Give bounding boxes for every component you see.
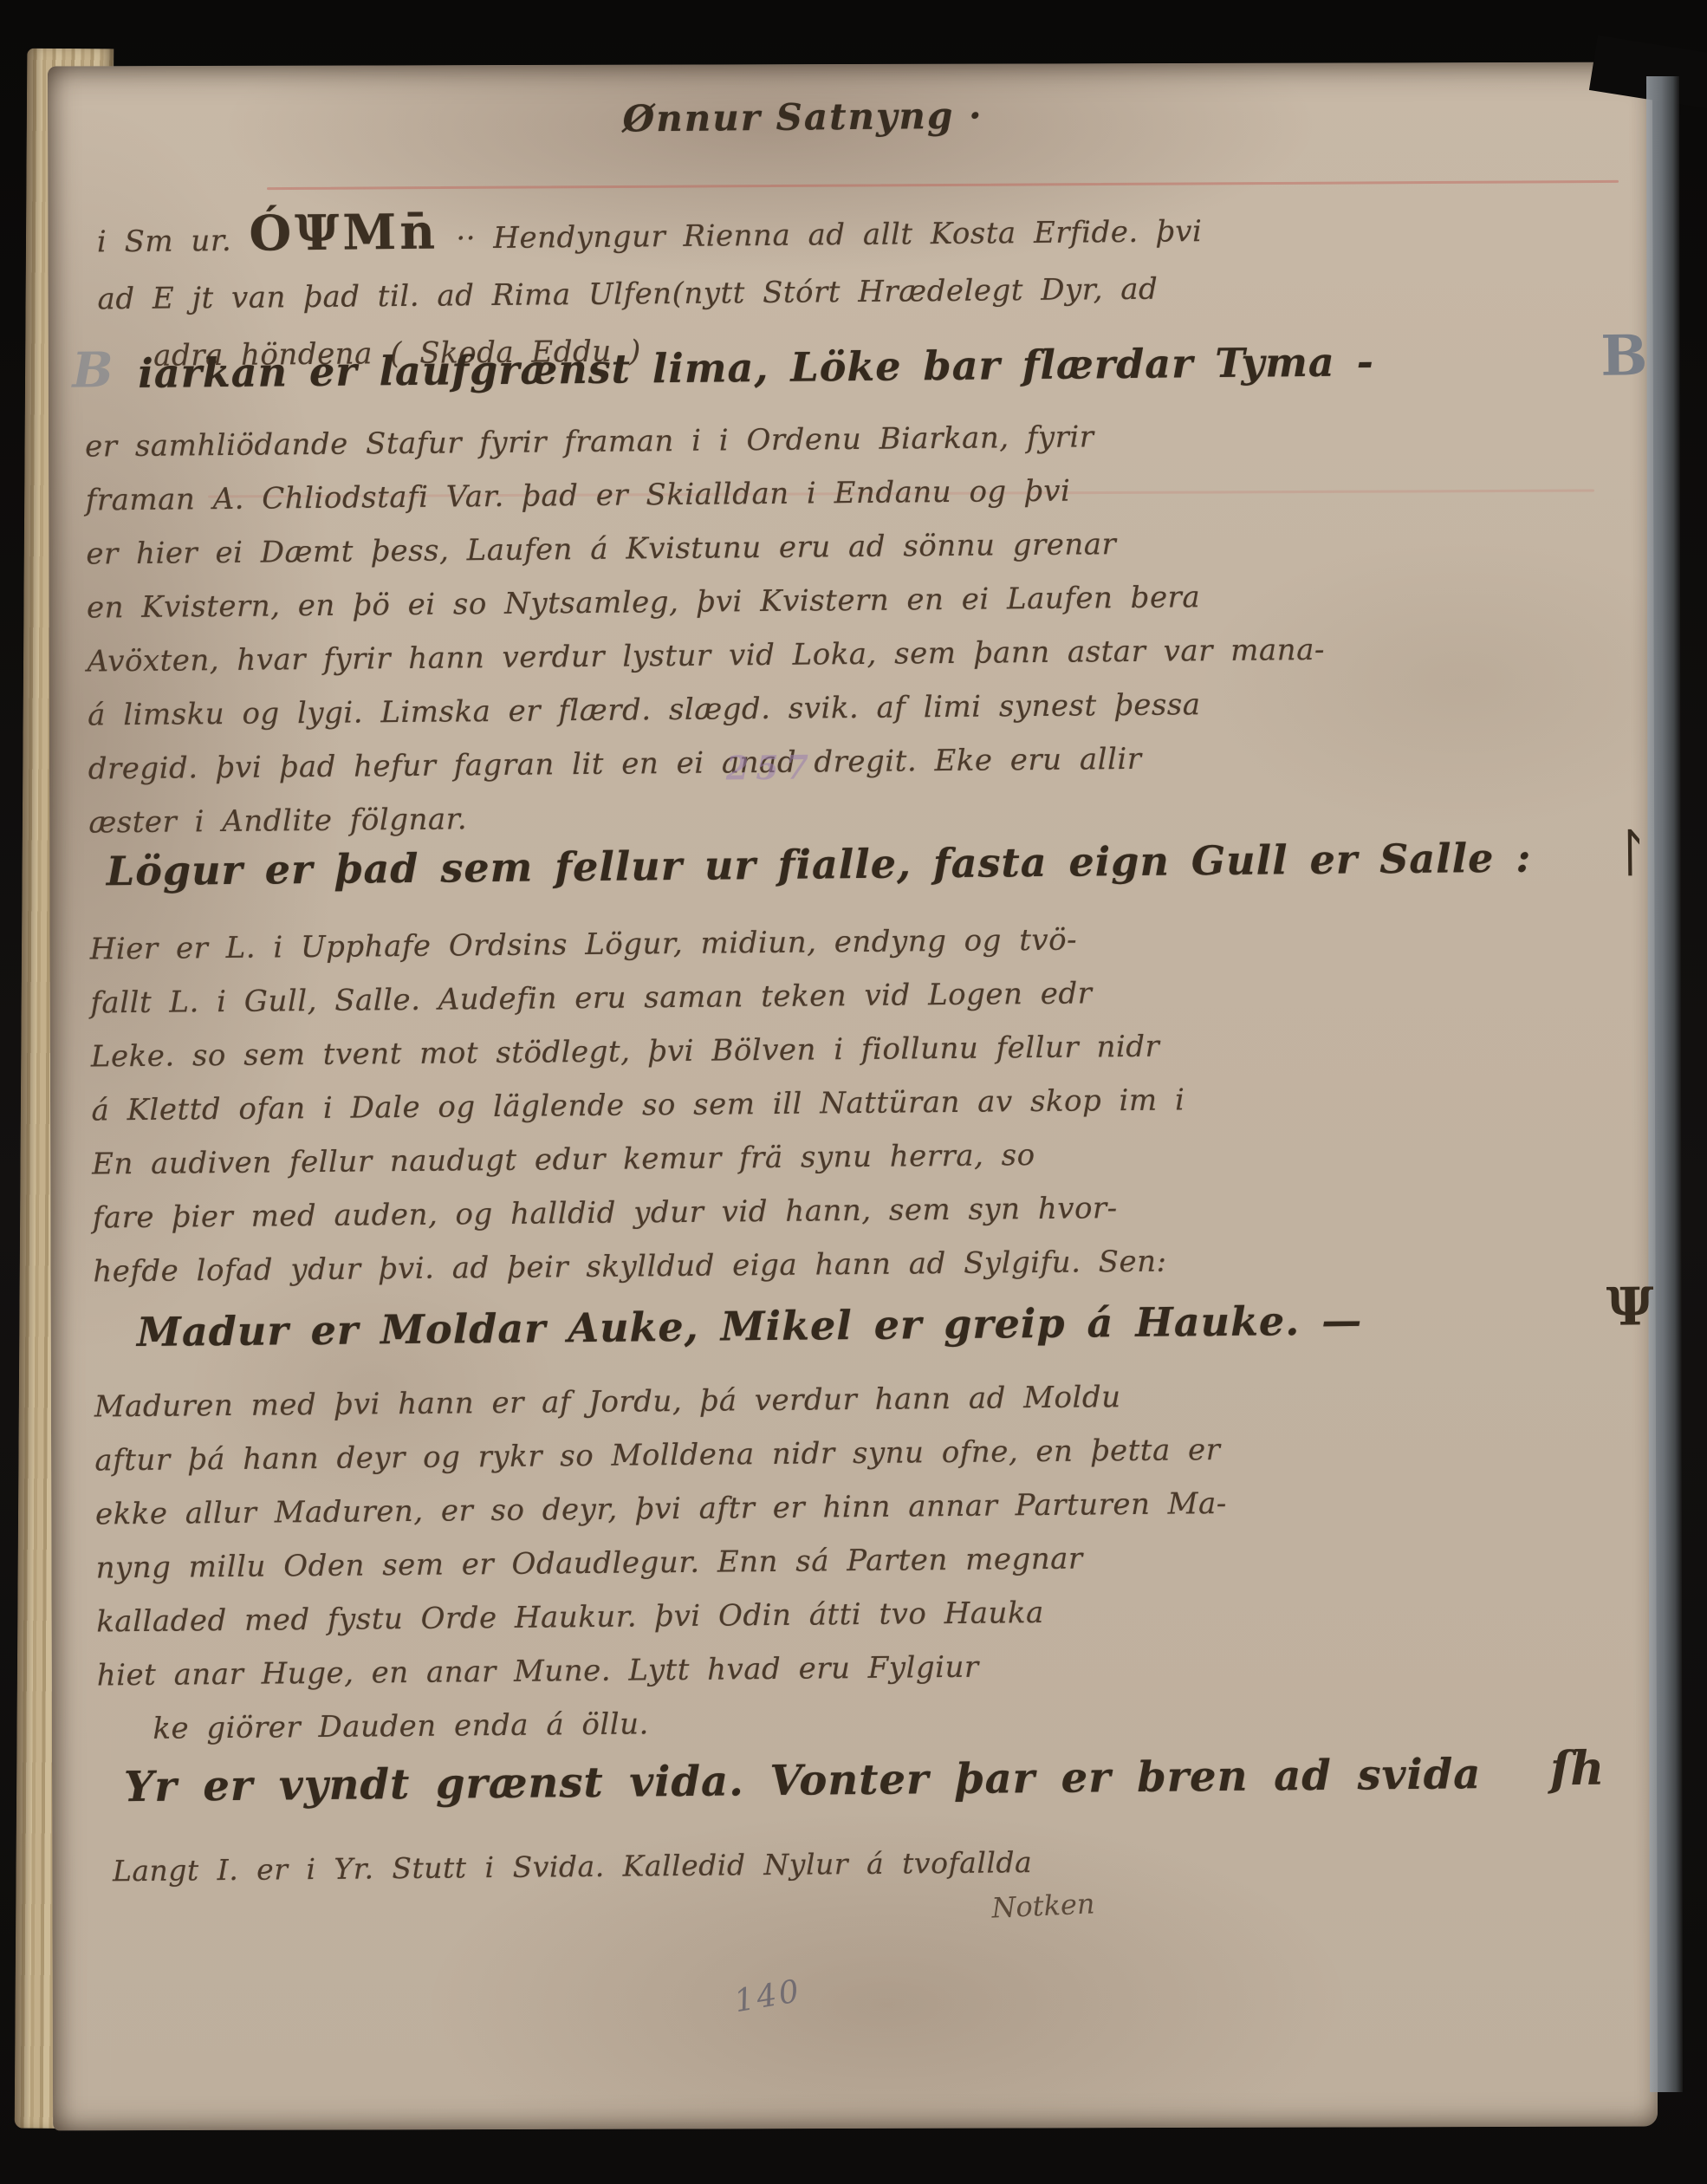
verse-initial-flourish: B — [72, 341, 114, 399]
margin-mark-yr: ſh — [1550, 1740, 1605, 1797]
rune-word: ÓΨMn̄ — [249, 204, 438, 263]
text-line: hefde lofad ydur þvi. ad þeir skylldud e… — [93, 1234, 1186, 1298]
catchword: Notken — [991, 1887, 1096, 1924]
paragraph-4: Maduren med þvi hann er af Jordu, þá ver… — [94, 1369, 1230, 1757]
verse-yr: Yr er vyndt grænst vida. Vonter þar er b… — [124, 1750, 1482, 1811]
handwritten-text-layer: Ønnur Satnyng · i Sm ur. ÓΨMn̄ ·· Hendyn… — [50, 56, 1675, 2136]
line-rest: ·· Hendyngur Rienna ad allt Kosta Erfide… — [438, 214, 1203, 256]
manuscript-scan: Ønnur Satnyng · i Sm ur. ÓΨMn̄ ·· Hendyn… — [0, 0, 1707, 2184]
text-line: nyng millu Oden sem er Odaudlegur. Enn s… — [95, 1531, 1227, 1596]
pencil-page-number: 140 — [732, 1973, 804, 2019]
text-line: Langt I. er i Yr. Stutt i Svida. Kalledi… — [113, 1836, 1033, 1898]
margin-rune-madr: Ψ — [1606, 1277, 1653, 1338]
page-heading: Ønnur Satnyng · — [622, 94, 983, 140]
margin-rune-laguz: ᛚ — [1617, 822, 1647, 881]
paragraph-2: er samhliödande Stafur fyrir framan i i … — [85, 408, 1327, 850]
text-line: i Sm ur. ÓΨMn̄ ·· Hendyngur Rienna ad al… — [97, 196, 1203, 270]
text-line: ad E jt van þad til. ad Rima Ulfen(nytt … — [97, 260, 1203, 328]
verse-madur: Madur er Moldar Auke, Mikel er greip á H… — [137, 1297, 1363, 1355]
foliation-number-purple: 257 — [726, 747, 816, 787]
line-start: i Sm ur. — [97, 224, 250, 260]
paragraph-3: Hier er L. i Upphafe Ordsins Lögur, midi… — [89, 912, 1186, 1298]
margin-letter-b: B — [1600, 323, 1648, 389]
text-line: ke giörer Dauden enda á öllu. — [153, 1692, 1229, 1756]
